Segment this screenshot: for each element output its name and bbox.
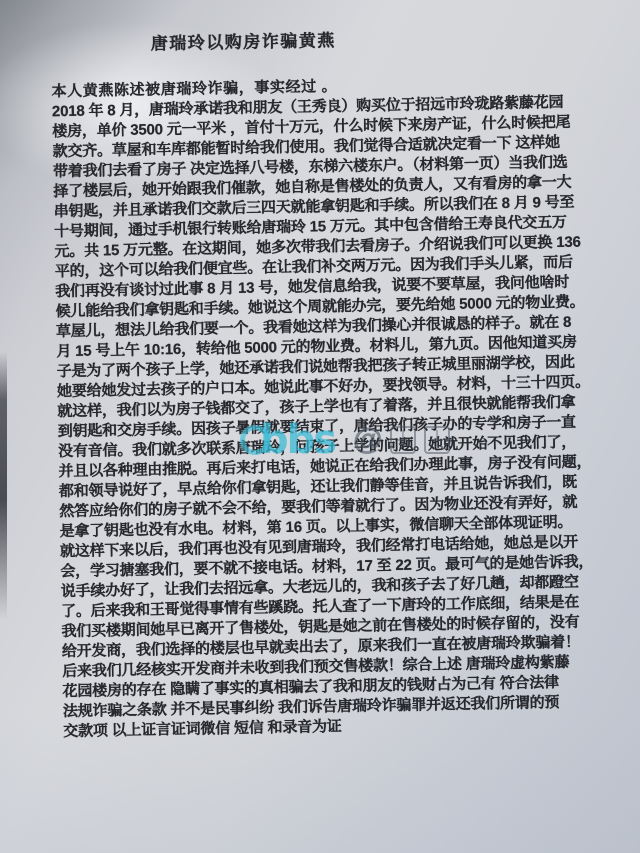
document-title: 唐瑞玲以购房诈骗黄燕 [151,30,336,55]
table-edge-shadow [0,352,7,620]
document-body: 本人黄燕陈述被唐瑞玲诈骗，事实经过 。2018 年 8 月，唐瑞玲承诺我和朋友（… [51,72,629,742]
statement-document: 唐瑞玲以购房诈骗黄燕 本人黄燕陈述被唐瑞玲诈骗，事实经过 。2018 年 8 月… [51,25,630,742]
photo-background: 唐瑞玲以购房诈骗黄燕 本人黄燕陈述被唐瑞玲诈骗，事实经过 。2018 年 8 月… [0,0,640,853]
